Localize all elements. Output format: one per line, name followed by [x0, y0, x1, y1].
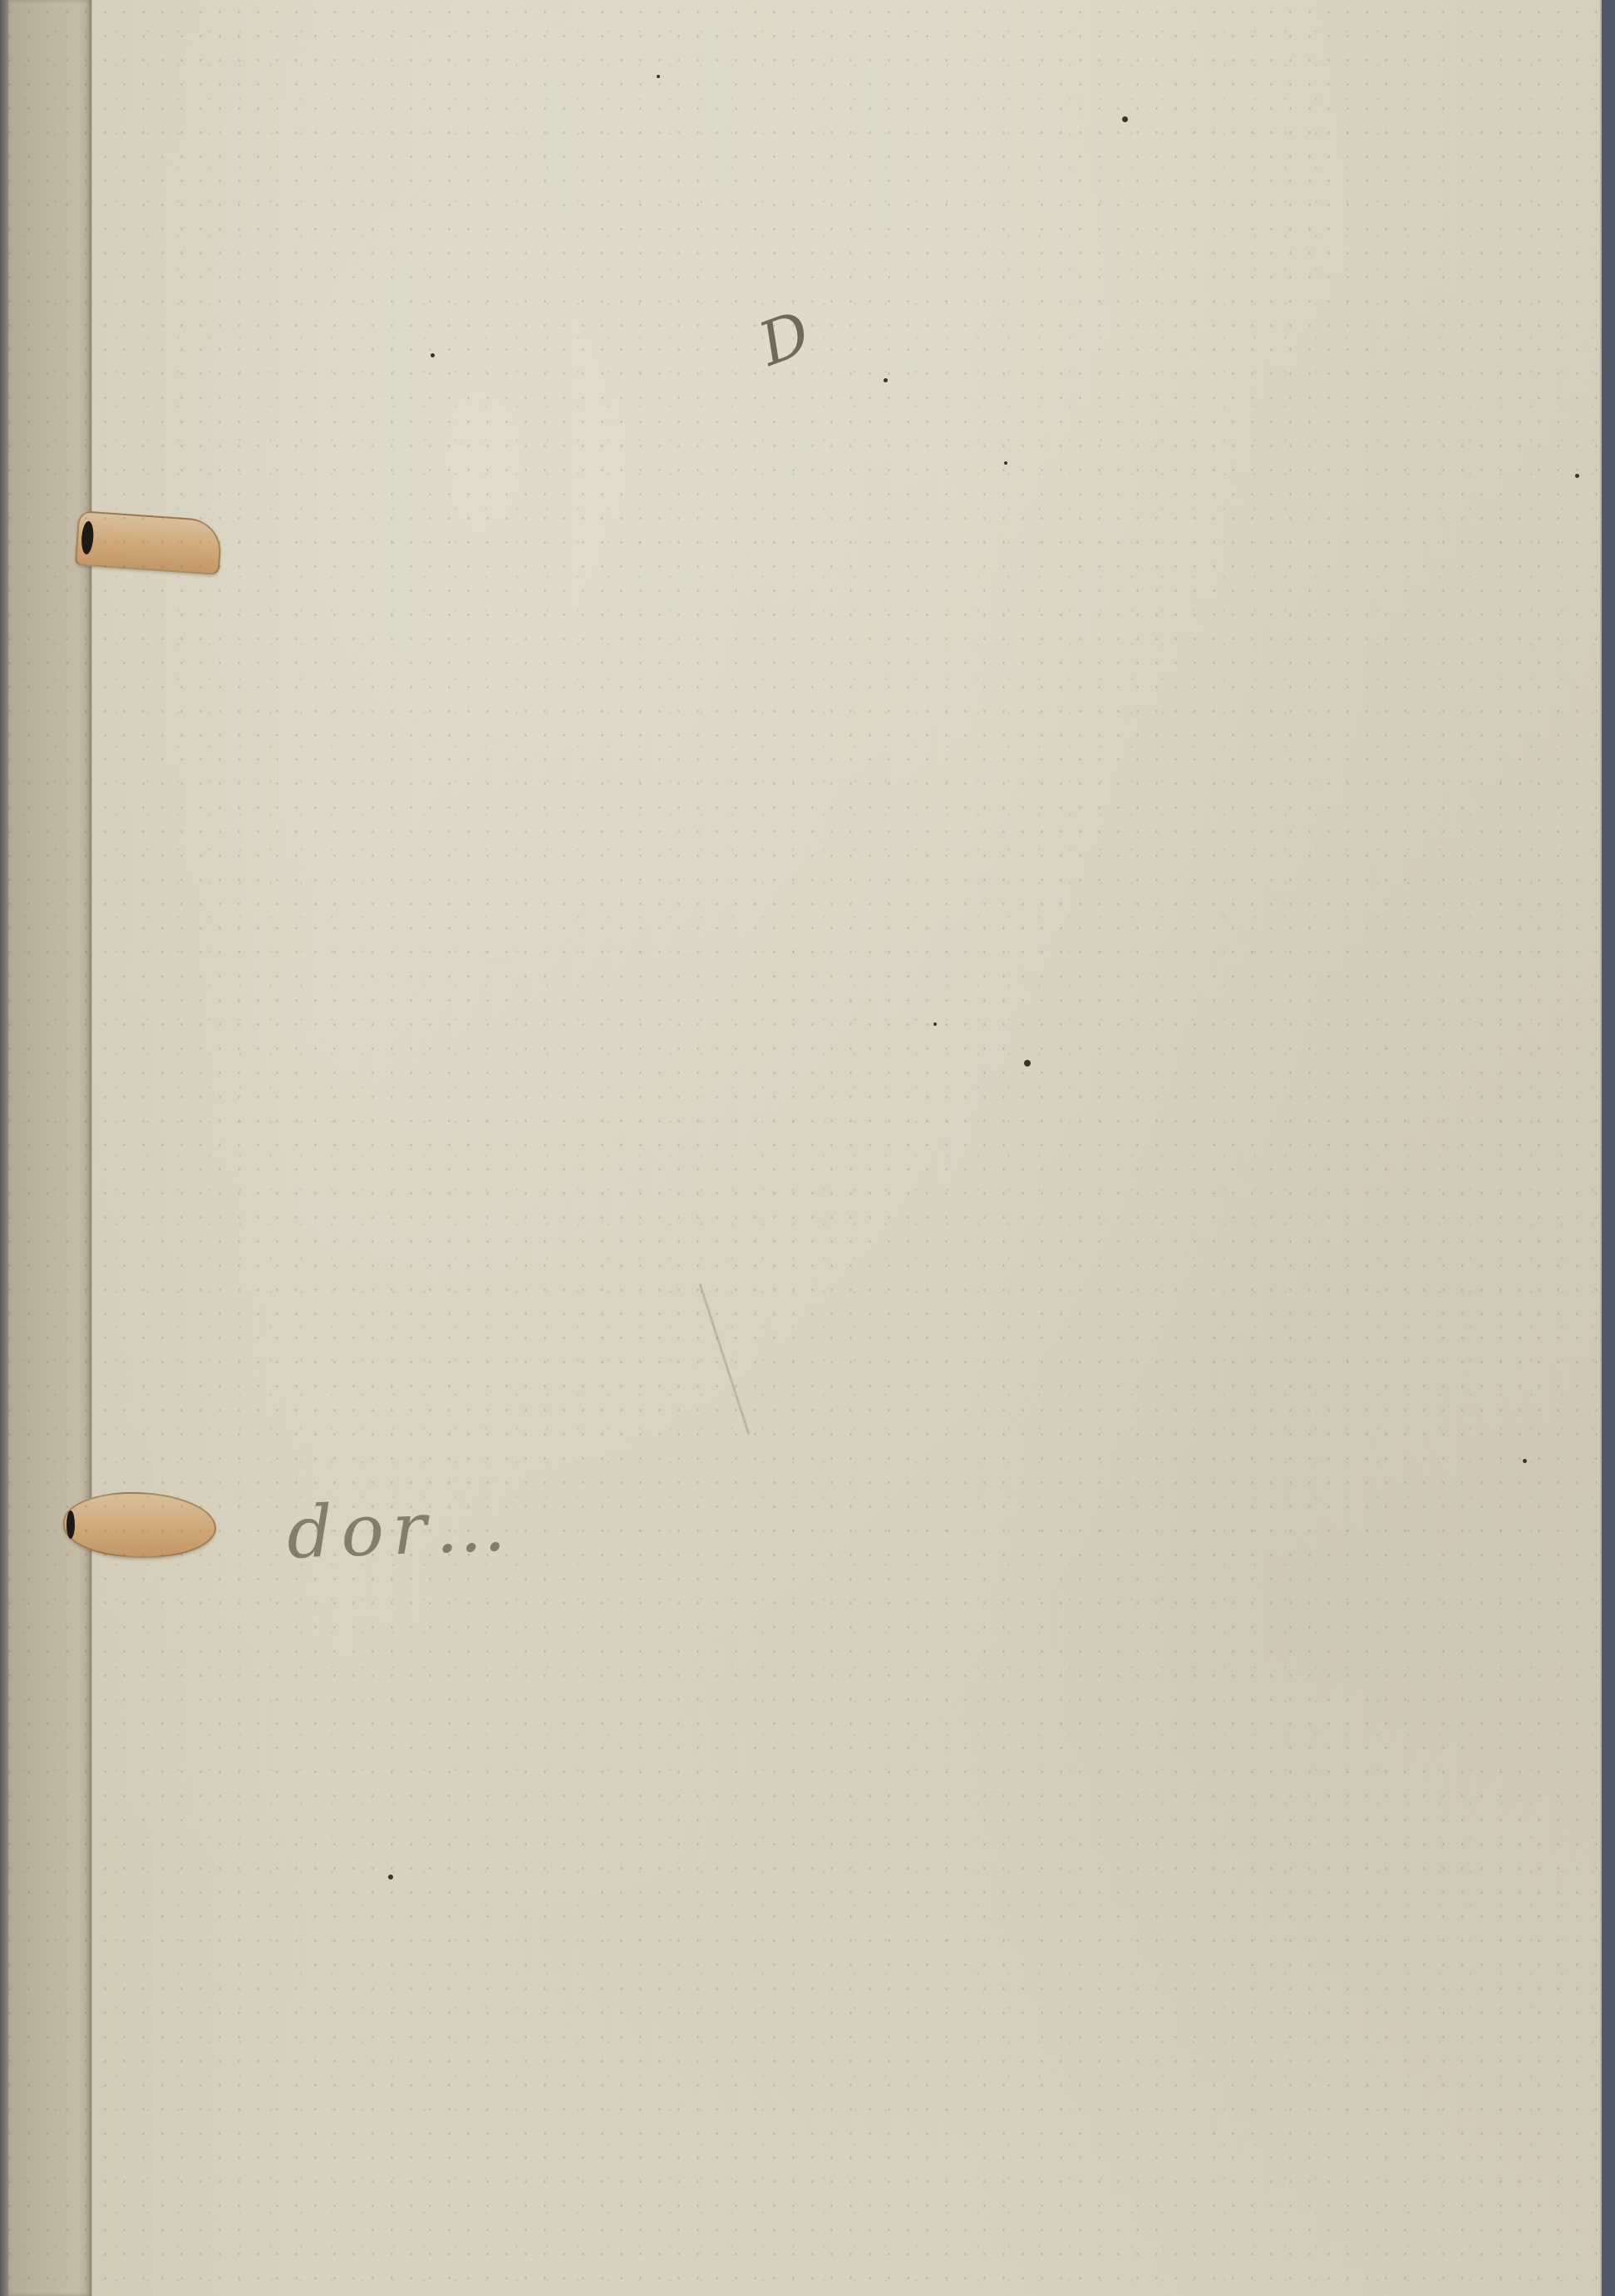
ink-speck: [431, 353, 435, 357]
tie-hole: [66, 1510, 75, 1539]
ink-speck: [884, 378, 888, 382]
book-spine: [0, 0, 91, 2296]
ink-speck: [933, 1022, 937, 1026]
ink-speck: [1523, 1459, 1527, 1463]
ink-speck: [657, 75, 660, 78]
spine-fold-line: [90, 0, 92, 2296]
lower-tie-tear: [63, 1492, 216, 1558]
handwritten-word: dor…: [285, 1484, 515, 1575]
ink-speck: [1024, 1060, 1031, 1067]
handwritten-glyph: D: [750, 298, 819, 380]
book-cover: D dor…: [0, 0, 1602, 2296]
ink-speck: [388, 1875, 393, 1880]
ink-speck: [1122, 116, 1128, 122]
upper-tie-tear: [75, 510, 223, 575]
tie-hole: [81, 520, 95, 554]
ink-speck: [1004, 461, 1007, 465]
spine-edge: [0, 0, 8, 2296]
faint-pencil-stroke: [699, 1283, 751, 1435]
ink-speck: [1575, 474, 1579, 478]
